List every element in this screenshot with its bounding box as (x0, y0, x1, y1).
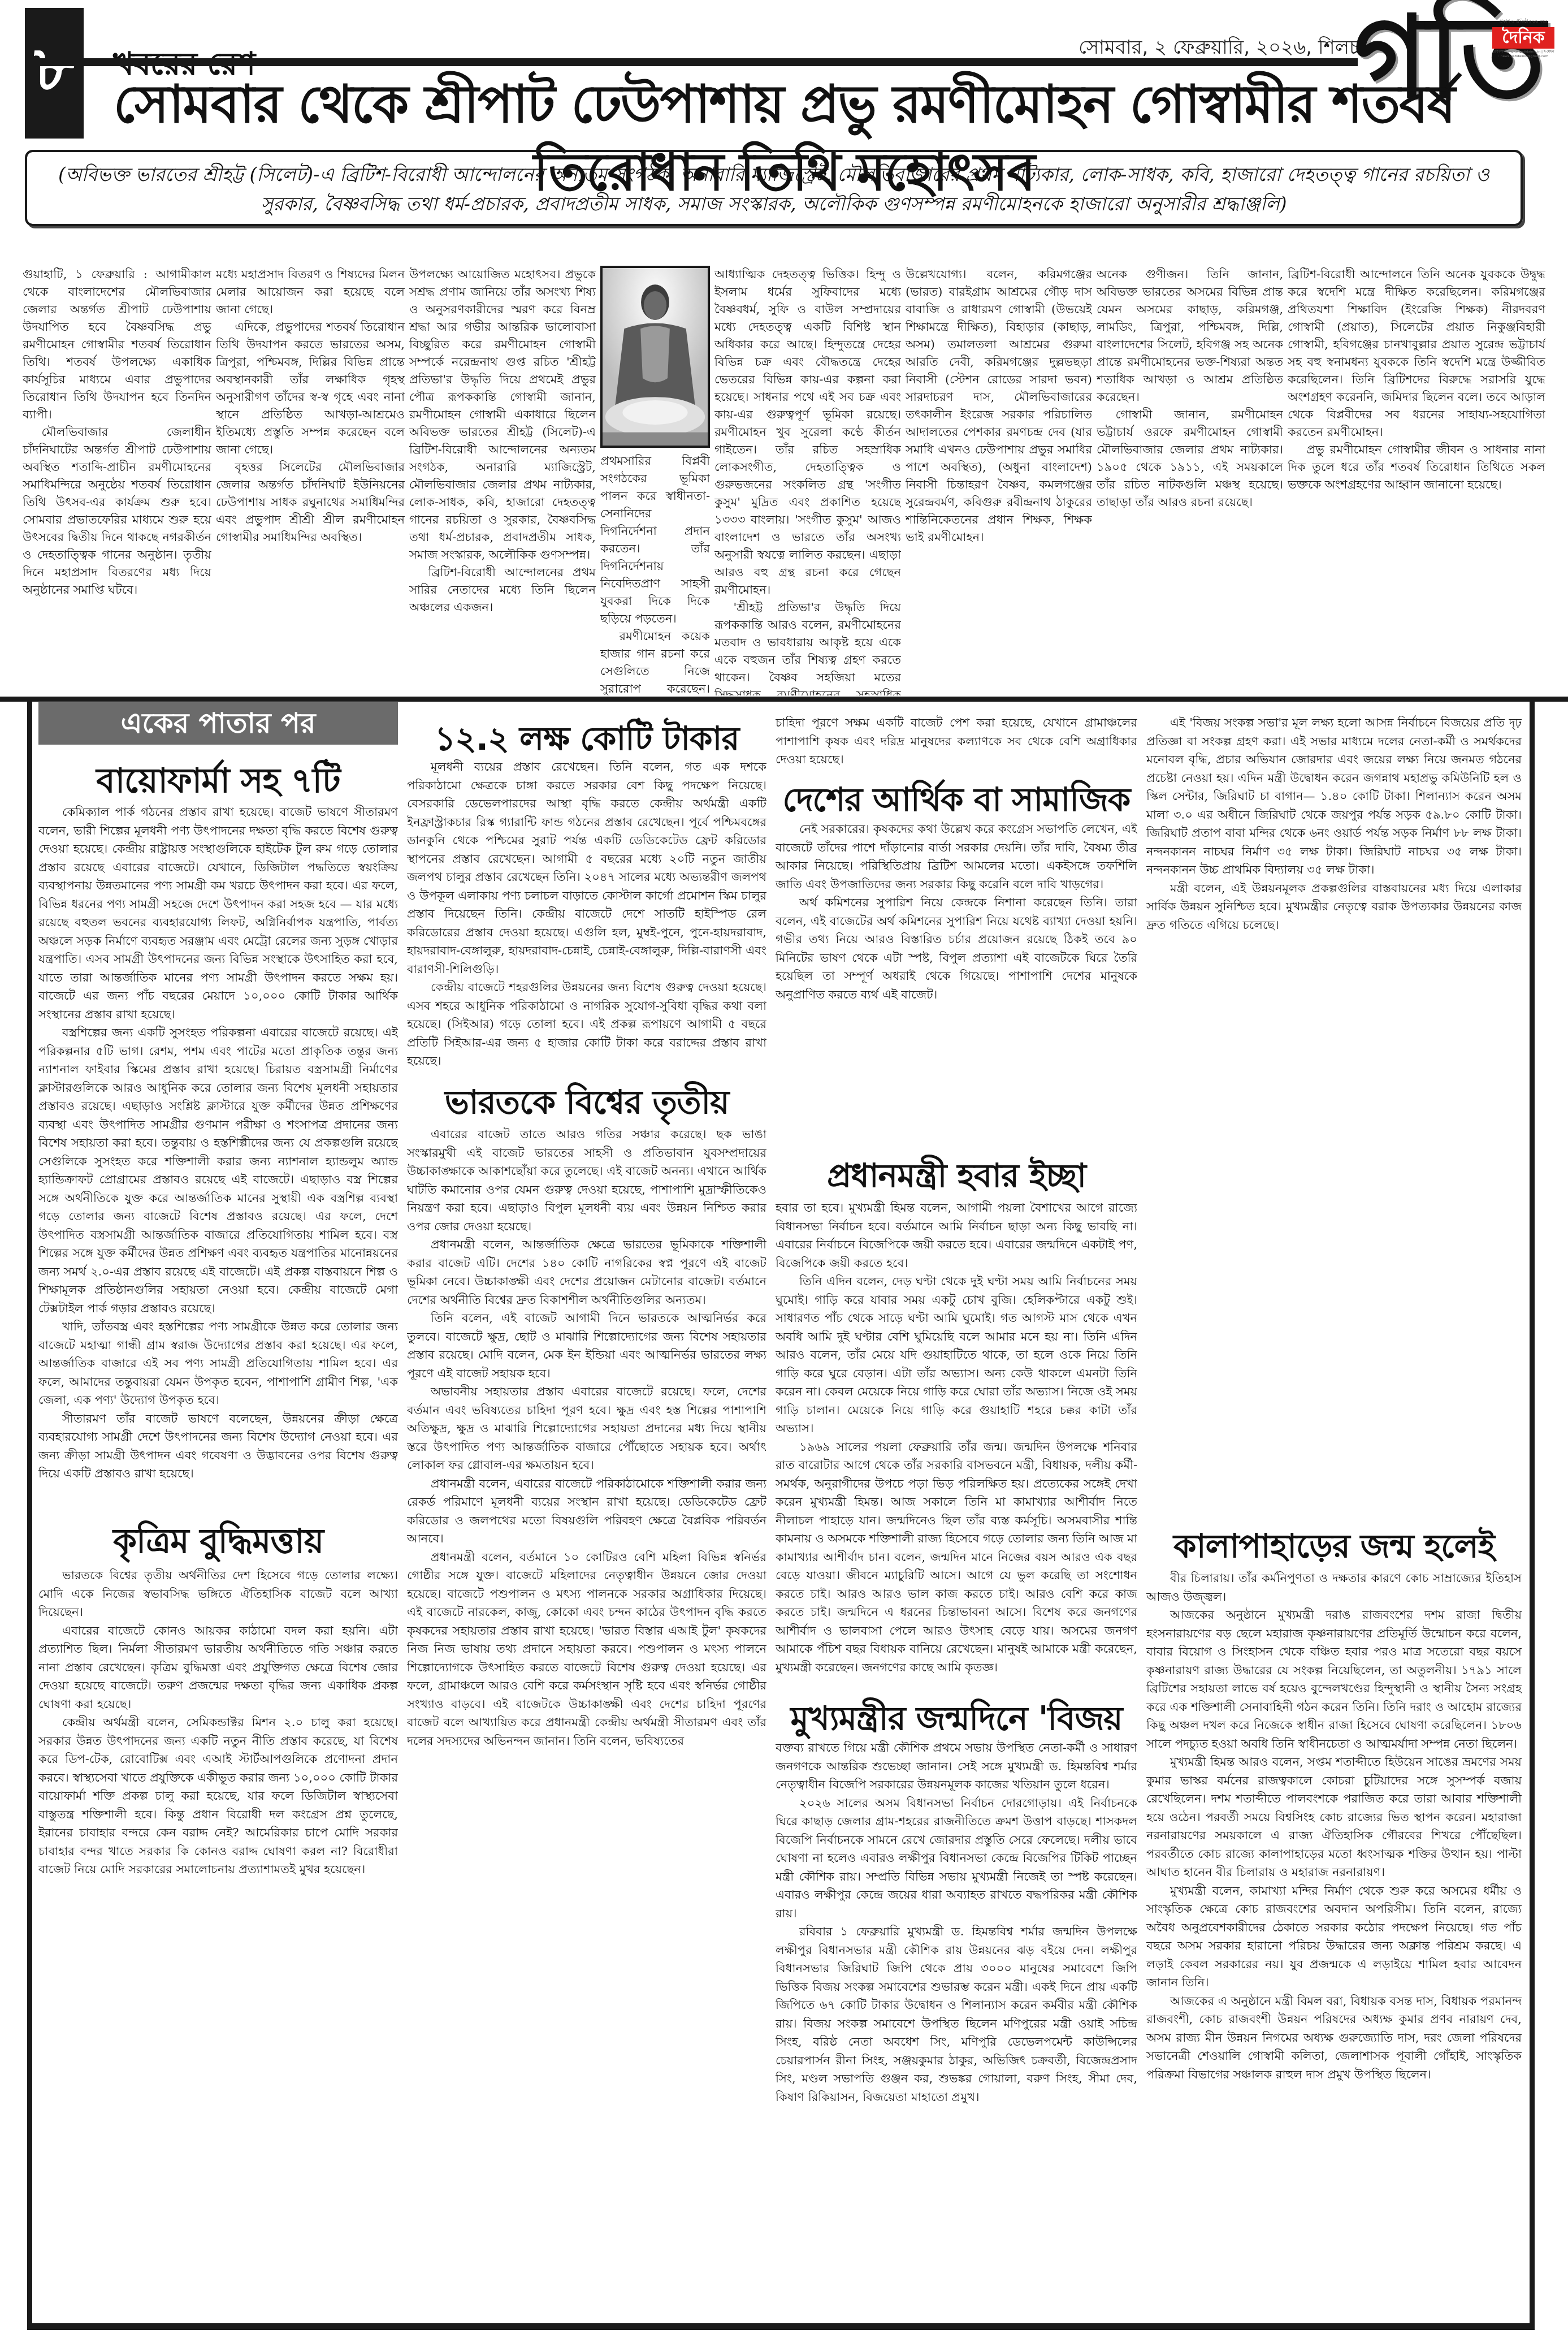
paragraph: সীতারমণ তাঁর বাজেট ভাষণে বলেছেন, উন্নয়ন… (38, 1410, 398, 1483)
paragraph: ২০২৬ সালের অসম বিধানসভা নির্বাচন দোরগোড়… (776, 1794, 1137, 1923)
story-body-capex: মূলধনী ব্যয়ের প্রস্তাব রেখেছেন। তিনি বল… (407, 758, 766, 1074)
paragraph: প্রধানমন্ত্রী বলেন, বর্তমানে ১০ কোটিরও ব… (407, 1548, 766, 1750)
lead-column-3: উপলক্ষ্যে আয়োজিত মহোৎসব। প্রভুকে সশ্রদ্… (409, 266, 596, 695)
lead-column-7: অনেক গুণীজন। তিনি জানান, অবিভক্ত ভারতের … (1097, 266, 1283, 695)
paragraph: তিনি এদিন বলেন, দেড় ঘণ্টা থেকে দুই ঘণ্ট… (776, 1272, 1137, 1438)
paragraph: মন্ত্রী বলেন, এই উন্নয়নমূলক প্রকল্পগুলি… (1146, 879, 1522, 935)
paragraph: রমণীমোহন কয়েক হাজার গান রচনা করে সেগুলি… (600, 628, 710, 695)
paragraph: আজকের এ অনুষ্ঠানে মন্ত্রী বিমল বরা, বিধা… (1146, 1992, 1522, 2084)
lead-column-5: আধ্যাত্মিক দেহতত্ত্ব ভিত্তিক। হিন্দু ও ই… (714, 266, 901, 695)
lead-column-6: উল্লেখযোগ্য। বলেন, করিমগঞ্জের (ভারত) বার… (906, 266, 1092, 695)
paragraph: ভারতকে বিশ্বের তৃতীয় অর্থনীতির দেশ হিসে… (38, 1566, 398, 1622)
logo-contact: ওয়েবসাইট : www.gatidainik.in | ই-মেইল :… (1492, 50, 1554, 59)
paragraph: মুখ্যমন্ত্রী বলেন, কামাখ্যা মন্দির নির্ম… (1146, 1882, 1522, 1992)
paragraph: কেন্দ্রীয় বাজেটে শহরগুলির উন্নয়নের জন্… (407, 978, 766, 1070)
paragraph: প্রধানমন্ত্রী বলেন, এবারের বাজেটে পরিকাঠ… (407, 1475, 766, 1548)
story-headline-kalapahar: কালাপাহাড়ের জন্ম হলেই (1146, 1521, 1522, 1576)
story-body-ai: ভারতকে বিশ্বের তৃতীয় অর্থনীতির দেশ হিসে… (38, 1566, 398, 2318)
story-body-pm-wish: হবার তা হবে। মুখ্যমন্ত্রী হিমন্ত বলেন, আ… (776, 1199, 1137, 1691)
paragraph: মূলধনী ব্যয়ের প্রস্তাব রেখেছেন। তিনি বল… (407, 758, 766, 978)
paragraph: তিনি বলেন, এই বাজেট আগামী দিনে ভারতকে আত… (407, 1309, 766, 1382)
logo-badge: দৈনিক (1492, 27, 1554, 49)
story-body-cm-birthday: বক্তব্য রাখতে গিয়ে মন্ত্রী কৌশিক প্রথমে… (776, 1739, 1137, 2318)
paragraph: ব্রিটিশ-বিরোধী আন্দোলনের প্রথম সারির নেত… (409, 564, 596, 616)
story-body-kalapahar: বীর চিলারায়। তাঁর কর্মনিপুণতা ও দক্ষতার… (1146, 1569, 1522, 2318)
lead-deck: (অবিভক্ত ভারতের শ্রীহট্ট (সিলেট)-এ ব্রিট… (25, 150, 1523, 226)
story-body-third-economy: এবারের বাজেট তাতে আরও গতির সঞ্চার করেছে।… (407, 1125, 766, 2318)
paragraph: কেন্দ্রীয় অর্থমন্ত্রী বলেন, সেমিকন্ডাক্… (38, 1713, 398, 1879)
paragraph: রবিবার ১ ফেব্রুয়ারি মুখ্যমন্ত্রী ড. হিম… (776, 1922, 1137, 2106)
paragraph: মৌলভিবাজার জেলাধীন চাঁদনিঘাটের অন্তর্গত … (23, 423, 211, 599)
paragraph: আজকের অনুষ্ঠানে মুখ্যমন্ত্রী দরাঙ রাজবংশ… (1146, 1606, 1522, 1753)
story-body-biopharma: কেমিক্যাল পার্ক গঠনের প্রস্তাব রাখা হয়ে… (38, 803, 398, 1504)
paragraph: চাহিদা পূরণে সক্ষম একটি বাজেট পেশ করা হয… (776, 714, 1137, 769)
paragraph: এবারের বাজেটে কোনও আয়কর কাঠামো বদল করা … (38, 1622, 398, 1714)
paragraph: উল্লেখযোগ্য। বলেন, করিমগঞ্জের (ভারত) বার… (906, 266, 1092, 546)
paragraph: এই 'বিজয় সংকল্প সভা'র মূল লক্ষ্য হলো আস… (1146, 714, 1522, 879)
paragraph: এদিকে, প্রভুপাদের শতবর্ষ তিরোধান তিথি উদ… (216, 318, 405, 459)
continued-banner: একের পাতার পর (38, 702, 398, 745)
story-body-economic-social: নেই সরকারের। কৃষকদের কথা উল্লেখ করে কংগ্… (776, 820, 1137, 1029)
paragraph: অর্থ কমিশনের সুপারিশ নিয়ে কেন্দ্রকে নিশ… (776, 893, 1137, 1004)
paragraph: প্রভু রমণীমোহন গোস্বামীর জীবন ও সাধনার ন… (1288, 441, 1545, 494)
paragraph: বস্ত্রশিল্পের জন্য একটি সুসংহত পরিকল্পনা… (38, 1023, 398, 1317)
paragraph: বীর চিলারায়। তাঁর কর্মনিপুণতা ও দক্ষতার… (1146, 1569, 1522, 1606)
paragraph: বক্তব্য রাখতে গিয়ে মন্ত্রী কৌশিক প্রথমে… (776, 1739, 1137, 1794)
paragraph: 'শ্রীহট্ট প্রতিভা'র উদ্ধৃতি দিয়ে রূপককা… (714, 599, 901, 695)
paragraph: ব্রিটিশ-বিরোধী আন্দোলনে তিনি অনেক যুবককে… (1288, 266, 1545, 441)
paragraph: এবারের বাজেট তাতে আরও গতির সঞ্চার করেছে।… (407, 1125, 766, 1235)
masthead-rule (25, 58, 1358, 66)
story-body-vijay-sankalp: এই 'বিজয় সংকল্প সভা'র মূল লক্ষ্য হলো আস… (1146, 714, 1522, 1516)
lead-column-2: মধ্যে মহাপ্রসাদ বিতরণ ও শিষ্যদের মিলন মে… (216, 266, 405, 695)
lead-column-4: প্রথমসারির বিপ্লবী সংগঠকের ভূমিকা পালন ক… (600, 452, 710, 695)
lead-photo (600, 266, 710, 448)
paragraph: মুখ্যমন্ত্রী হিমন্ত আরও বলেন, সপ্তম শতাব… (1146, 1753, 1522, 1882)
paragraph: হবার তা হবে। মুখ্যমন্ত্রী হিমন্ত বলেন, আ… (776, 1199, 1137, 1272)
paragraph: নেই সরকারের। কৃষকদের কথা উল্লেখ করে কংগ্… (776, 820, 1137, 893)
paragraph: প্রধানমন্ত্রী বলেন, আন্তর্জাতিক ক্ষেত্রে… (407, 1235, 766, 1309)
paragraph: গোস্বামী জানান, রমণীমোহন ভট্টাচার্য ওরফে… (1097, 406, 1283, 511)
portrait-image (603, 268, 708, 446)
story-headline-third-economy: ভারতকে বিশ্বের তৃতীয় (407, 1077, 766, 1132)
lead-column-8: ব্রিটিশ-বিরোধী আন্দোলনে তিনি অনেক যুবককে… (1288, 266, 1545, 695)
paragraph: গুয়াহাটি, ১ ফেব্রুয়ারি : আগামীকাল থেকে… (23, 266, 211, 423)
story-prelude: চাহিদা পূরণে সক্ষম একটি বাজেট পেশ করা হয… (776, 714, 1137, 770)
paragraph: উপলক্ষ্যে আয়োজিত মহোৎসব। প্রভুকে সশ্রদ্… (409, 266, 596, 564)
paragraph: খাদি, তাঁতবস্ত্র এবং হস্তশিল্পের পণ্য সা… (38, 1317, 398, 1410)
story-headline-ai: কৃত্রিম বুদ্ধিমত্তায় (38, 1515, 398, 1572)
paragraph: মধ্যে মহাপ্রসাদ বিতরণ ও শিষ্যদের মিলন মে… (216, 266, 405, 318)
paragraph: অনেক গুণীজন। তিনি জানান, অবিভক্ত ভারতের … (1097, 266, 1283, 406)
paragraph: কেমিক্যাল পার্ক গঠনের প্রস্তাব রাখা হয়ে… (38, 803, 398, 1023)
section-divider (0, 697, 1568, 702)
paragraph: বৃহত্তর সিলেটের মৌলভিবাজার জেলার অন্তর্গ… (216, 459, 405, 546)
logo-tagline: প্রকাশ ও প্রতিষ্ঠার ৬৬ বছর (1492, 18, 1554, 25)
paragraph: ১৯৬৯ সালের পয়লা ফেব্রুয়ারি তাঁর জন্ম। … (776, 1438, 1137, 1677)
paragraph: অভাবনীয় সহায়তার প্রস্তাব এবারের বাজেটে… (407, 1382, 766, 1475)
story-headline-pm-wish: প্রধানমন্ত্রী হবার ইচ্ছা (776, 1151, 1137, 1205)
paragraph: আধ্যাত্মিক দেহতত্ত্ব ভিত্তিক। হিন্দু ও ই… (714, 266, 901, 599)
lead-column-1: গুয়াহাটি, ১ ফেব্রুয়ারি : আগামীকাল থেকে… (23, 266, 211, 695)
paragraph: প্রথমসারির বিপ্লবী সংগঠকের ভূমিকা পালন ক… (600, 452, 710, 628)
